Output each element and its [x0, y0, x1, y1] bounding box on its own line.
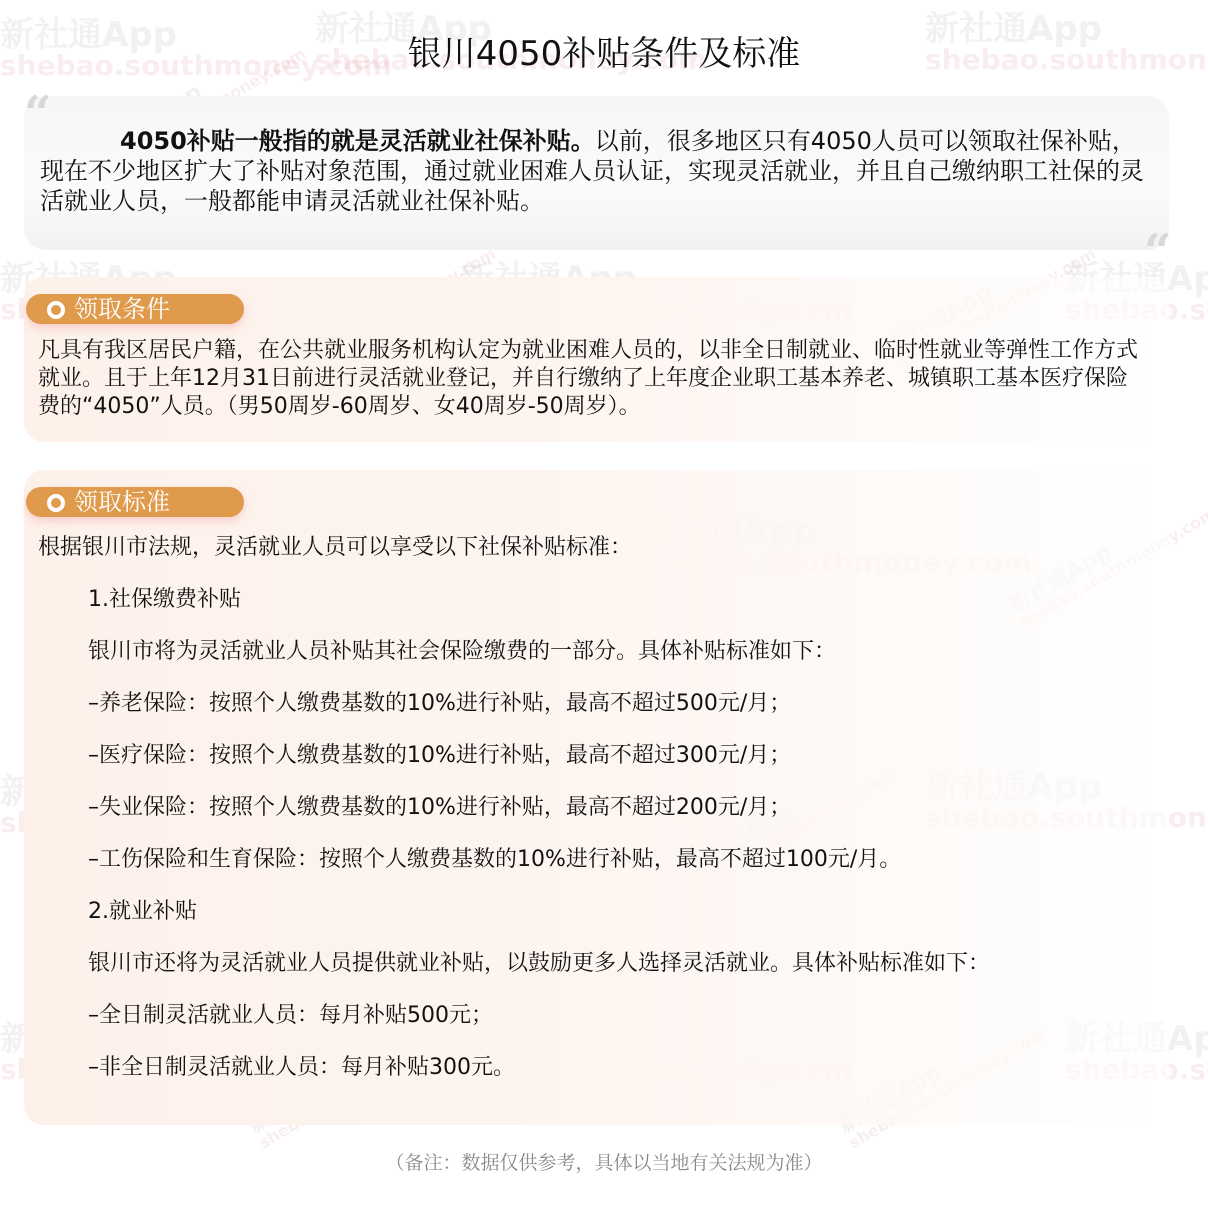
standards-heading: 1.社保缴费补贴 — [88, 582, 241, 613]
standards-heading: 2.就业补贴 — [88, 894, 197, 925]
footnote: （备注：数据仅供参考，具体以当地有关法规为准） — [0, 1148, 1208, 1175]
standards-intro: 根据银川市法规，灵活就业人员可以享受以下社保补贴标准： — [38, 530, 632, 561]
standards-badge-label: 领取标准 — [74, 487, 170, 517]
standards-line: –非全日制灵活就业人员：每月补贴300元。 — [88, 1050, 515, 1081]
conditions-text: 凡具有我区居民户籍，在公共就业服务机构认定为就业困难人员的，以非全日制就业、临时… — [38, 337, 1148, 421]
conditions-badge-label: 领取条件 — [74, 294, 170, 324]
standards-line: –工伤保险和生育保险：按照个人缴费基数的10%进行补贴，最高不超过100元/月。 — [88, 842, 901, 873]
standards-badge: 领取标准 — [26, 487, 244, 517]
page-title: 银川4050补贴条件及标准 — [0, 26, 1208, 75]
quote-close-icon: “ — [1144, 224, 1172, 280]
conditions-badge: 领取条件 — [26, 294, 244, 324]
standards-line: 银川市还将为灵活就业人员提供就业补贴，以鼓励更多人选择灵活就业。具体补贴标准如下… — [88, 946, 990, 977]
standards-line: –养老保险：按照个人缴费基数的10%进行补贴，最高不超过500元/月； — [88, 686, 791, 717]
standards-line: 银川市将为灵活就业人员补贴其社会保险缴费的一部分。具体补贴标准如下： — [88, 634, 836, 665]
intro-paragraph: 4050补贴一般指的就是灵活就业社保补贴。以前，很多地区只有4050人员可以领取… — [40, 126, 1152, 216]
standards-line: –失业保险：按照个人缴费基数的10%进行补贴，最高不超过200元/月； — [88, 790, 791, 821]
intro-bold-lead: 4050补贴一般指的就是灵活就业社保补贴。 — [40, 127, 595, 155]
circle-bullet-icon — [47, 301, 65, 319]
standards-line: –全日制灵活就业人员：每月补贴500元； — [88, 998, 493, 1029]
standards-line: –医疗保险：按照个人缴费基数的10%进行补贴，最高不超过300元/月； — [88, 738, 791, 769]
circle-bullet-icon — [47, 494, 65, 512]
